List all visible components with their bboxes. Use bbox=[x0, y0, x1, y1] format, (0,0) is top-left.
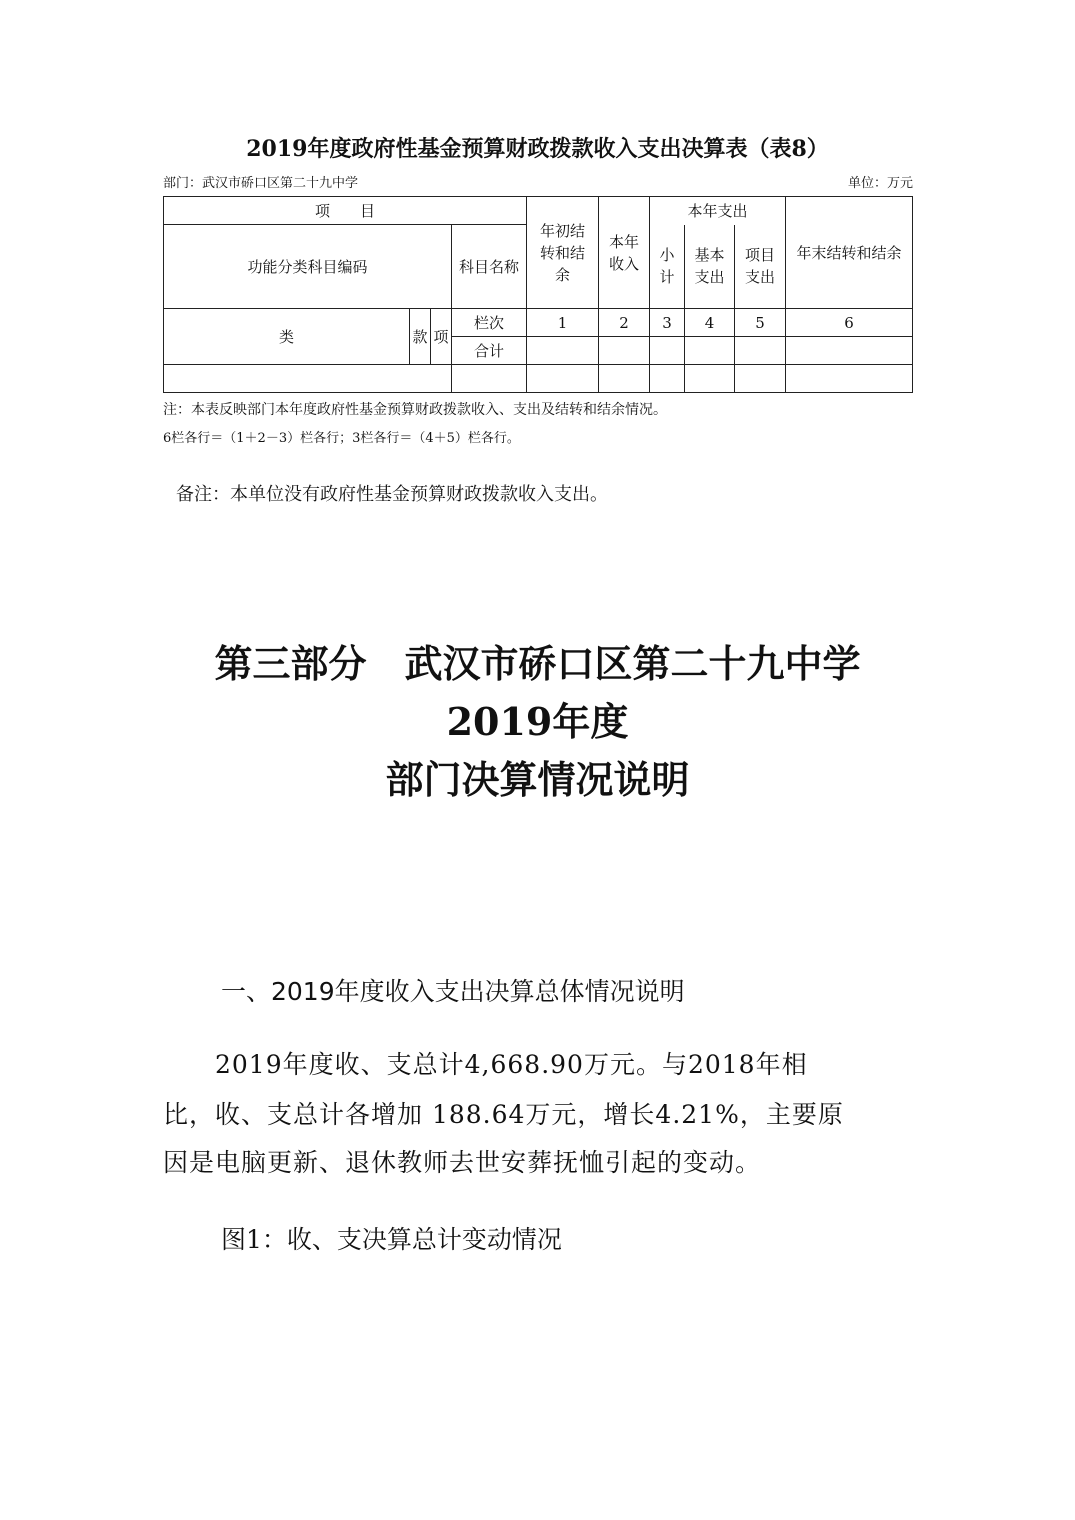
part-title-line3: 部门决算情况说明 bbox=[0, 752, 1075, 808]
header-category: 类 bbox=[164, 309, 410, 365]
empty-cell bbox=[164, 365, 452, 393]
header-current-expense: 本年支出 bbox=[650, 197, 786, 225]
header-subtotal: 小计 bbox=[650, 225, 685, 309]
fund-budget-table: 项 目 年初结转和结余 本年收入 本年支出 年末结转和结余 功能分类科目编码 科… bbox=[163, 196, 913, 393]
column-no-1: 1 bbox=[527, 309, 599, 337]
column-no-6: 6 bbox=[786, 309, 913, 337]
header-current-income: 本年收入 bbox=[599, 197, 650, 309]
header-section: 款 bbox=[410, 309, 431, 365]
header-item-col: 项 bbox=[431, 309, 452, 365]
part-title-line2: 2019年度 bbox=[0, 694, 1075, 750]
empty-cell bbox=[527, 365, 599, 393]
remark: 备注：本单位没有政府性基金预算财政拨款收入支出。 bbox=[176, 480, 608, 506]
table-title: 2019年度政府性基金预算财政拨款收入支出决算表（表8） bbox=[0, 133, 1075, 165]
header-opening-balance: 年初结转和结余 bbox=[527, 197, 599, 309]
empty-cell bbox=[452, 365, 527, 393]
unit-label: 单位：万元 bbox=[848, 172, 913, 191]
column-no-4: 4 bbox=[685, 309, 735, 337]
paragraph-line: 比，收、支总计各增加 188.64万元，增长4.21%，主要原 bbox=[163, 1090, 844, 1140]
total-cell bbox=[735, 337, 786, 365]
header-closing-balance: 年末结转和结余 bbox=[786, 197, 913, 309]
column-no-label: 栏次 bbox=[452, 309, 527, 337]
section-heading: 一、2019年度收入支出决算总体情况说明 bbox=[221, 972, 685, 1008]
column-no-5: 5 bbox=[735, 309, 786, 337]
header-function-code: 功能分类科目编码 bbox=[164, 225, 452, 309]
total-label: 合计 bbox=[452, 337, 527, 365]
total-cell bbox=[786, 337, 913, 365]
header-basic-expense: 基本支出 bbox=[685, 225, 735, 309]
header-item: 项 目 bbox=[164, 197, 527, 225]
empty-cell bbox=[685, 365, 735, 393]
total-cell bbox=[650, 337, 685, 365]
figure-caption: 图1：收、支决算总计变动情况 bbox=[221, 1220, 562, 1256]
empty-cell bbox=[786, 365, 913, 393]
paragraph-line: 因是电脑更新、退休教师去世安葬抚恤引起的变动。 bbox=[163, 1138, 761, 1188]
part-title-line1: 第三部分 武汉市硚口区第二十九中学 bbox=[0, 636, 1075, 692]
header-project-expense: 项目支出 bbox=[735, 225, 786, 309]
department-label: 部门：武汉市硚口区第二十九中学 bbox=[163, 172, 358, 191]
empty-cell bbox=[599, 365, 650, 393]
total-cell bbox=[527, 337, 599, 365]
column-no-2: 2 bbox=[599, 309, 650, 337]
total-cell bbox=[599, 337, 650, 365]
empty-cell bbox=[650, 365, 685, 393]
column-no-3: 3 bbox=[650, 309, 685, 337]
total-cell bbox=[685, 337, 735, 365]
paragraph-line: 2019年度收、支总计4,668.90万元。与2018年相 bbox=[163, 1040, 808, 1090]
header-subject-name: 科目名称 bbox=[452, 225, 527, 309]
empty-cell bbox=[735, 365, 786, 393]
table-note: 注：本表反映部门本年度政府性基金预算财政拨款收入、支出及结转和结余情况。 bbox=[163, 399, 667, 419]
table-formula-note: 6栏各行＝（1＋2－3）栏各行；3栏各行＝（4＋5）栏各行。 bbox=[163, 427, 520, 446]
